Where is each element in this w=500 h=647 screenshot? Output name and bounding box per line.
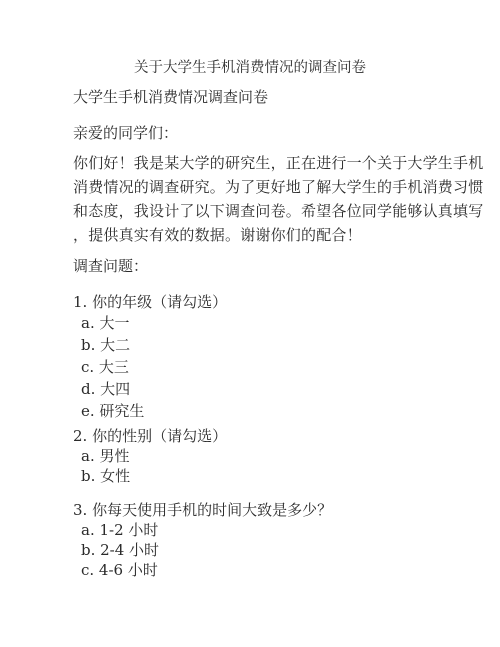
option-item[interactable]: b. 大二: [81, 335, 130, 355]
option-item[interactable]: a. 大一: [81, 313, 129, 333]
option-item[interactable]: c. 4-6 小时: [81, 560, 158, 580]
option-item[interactable]: a. 男性: [81, 446, 129, 466]
option-item[interactable]: b. 女性: [81, 466, 130, 486]
question-text: 3. 你每天使用手机的时间大致是多少？: [73, 500, 332, 520]
option-item[interactable]: d. 大四: [81, 379, 130, 399]
intro-line: ，提供真实有效的数据。谢谢你们的配合！: [73, 225, 362, 245]
option-item[interactable]: e. 研究生: [81, 401, 144, 421]
greeting: 亲爱的同学们：: [73, 123, 178, 143]
intro-line: 和态度，我设计了以下调查问卷。希望各位同学能够认真填写: [73, 201, 483, 221]
intro-line: 消费情况的调查研究。为了更好地了解大学生的手机消费习惯: [73, 177, 483, 197]
option-item[interactable]: c. 大三: [81, 357, 129, 377]
document-page: 关于大学生手机消费情况的调查问卷 大学生手机消费情况调查问卷 亲爱的同学们： 你…: [0, 0, 500, 647]
question-text: 2. 你的性别（请勾选）: [73, 426, 227, 446]
question-text: 1. 你的年级（请勾选）: [73, 292, 227, 312]
document-title: 关于大学生手机消费情况的调查问卷: [0, 58, 500, 78]
option-item[interactable]: b. 2-4 小时: [81, 540, 159, 560]
intro-line: 你们好！我是某大学的研究生，正在进行一个关于大学生手机: [73, 153, 483, 173]
section-heading: 调查问题：: [73, 256, 148, 276]
option-item[interactable]: a. 1-2 小时: [81, 520, 158, 540]
document-subtitle: 大学生手机消费情况调查问卷: [73, 87, 268, 107]
